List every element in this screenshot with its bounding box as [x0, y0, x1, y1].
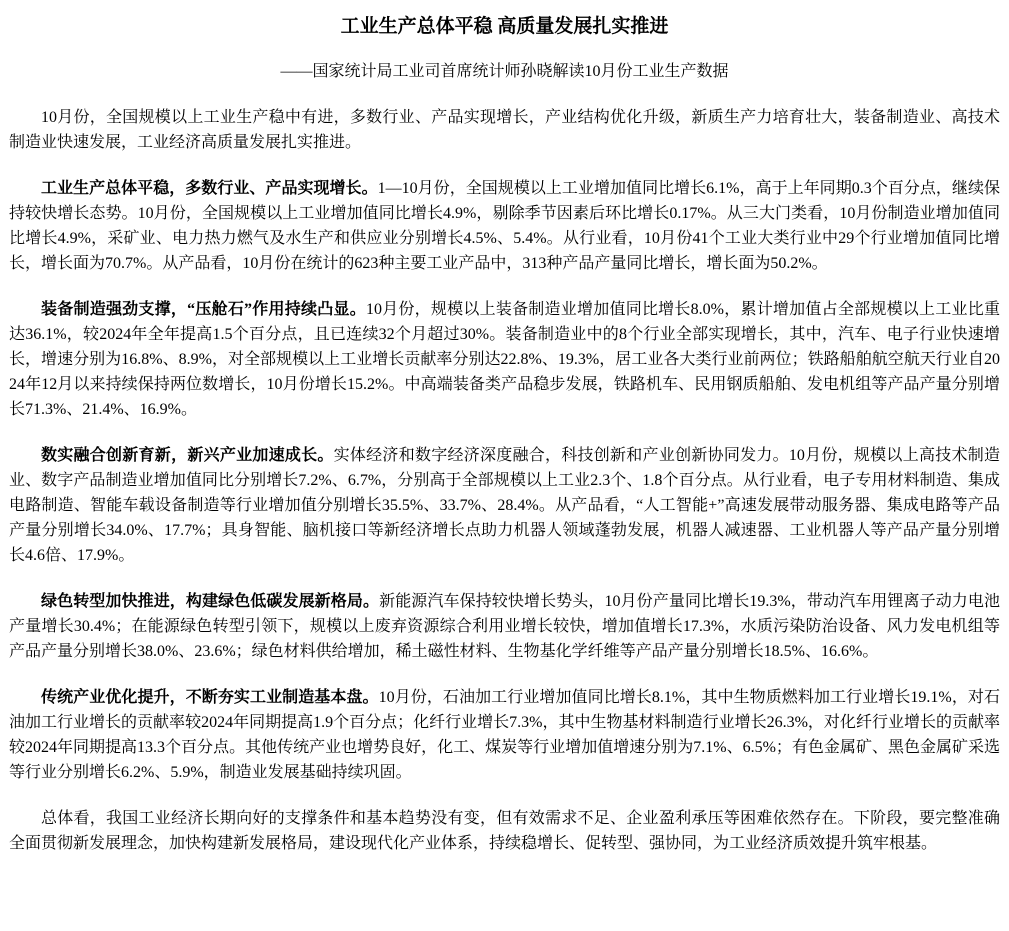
- paragraph-lead: 数实融合创新育新，新兴产业加速成长。: [41, 447, 334, 464]
- paragraph-body: 10月份，规模以上装备制造业增加值同比增长8.0%，累计增加值占全部规模以上工业…: [9, 301, 1000, 418]
- paragraph-lead: 装备制造强劲支撑，“压舱石”作用持续凸显。: [41, 301, 366, 318]
- paragraph-lead: 传统产业优化提升，不断夯实工业制造基本盘。: [41, 689, 379, 706]
- document-title: 工业生产总体平稳 高质量发展扎实推进: [9, 14, 1000, 40]
- paragraph-outlook: 总体看，我国工业经济长期向好的支撑条件和基本趋势没有变，但有效需求不足、企业盈利…: [9, 806, 1000, 856]
- paragraph-body: 实体经济和数字经济深度融合，科技创新和产业创新协同发力。10月份，规模以上高技术…: [9, 447, 1000, 564]
- document: 工业生产总体平稳 高质量发展扎实推进 ——国家统计局工业司首席统计师孙晓解读10…: [0, 0, 1009, 931]
- paragraph-body: 10月份，全国规模以上工业生产稳中有进，多数行业、产品实现增长，产业结构优化升级…: [9, 109, 1000, 151]
- document-subtitle: ——国家统计局工业司首席统计师孙晓解读10月份工业生产数据: [9, 60, 1000, 84]
- paragraph-intro: 10月份，全国规模以上工业生产稳中有进，多数行业、产品实现增长，产业结构优化升级…: [9, 105, 1000, 155]
- paragraph-traditional-industry: 传统产业优化提升，不断夯实工业制造基本盘。10月份，石油加工行业增加值同比增长8…: [9, 685, 1000, 785]
- paragraph-lead: 工业生产总体平稳，多数行业、产品实现增长。: [41, 180, 378, 197]
- paragraph-lead: 绿色转型加快推进，构建绿色低碳发展新格局。: [41, 593, 379, 610]
- paragraph-body: 总体看，我国工业经济长期向好的支撑条件和基本趋势没有变，但有效需求不足、企业盈利…: [9, 810, 1000, 852]
- paragraph-equipment-manufacturing: 装备制造强劲支撑，“压舱石”作用持续凸显。10月份，规模以上装备制造业增加值同比…: [9, 297, 1000, 422]
- paragraph-green-transition: 绿色转型加快推进，构建绿色低碳发展新格局。新能源汽车保持较快增长势头，10月份产…: [9, 589, 1000, 664]
- paragraph-digital-integration: 数实融合创新育新，新兴产业加速成长。实体经济和数字经济深度融合，科技创新和产业创…: [9, 443, 1000, 568]
- paragraph-overall-growth: 工业生产总体平稳，多数行业、产品实现增长。1—10月份，全国规模以上工业增加值同…: [9, 176, 1000, 276]
